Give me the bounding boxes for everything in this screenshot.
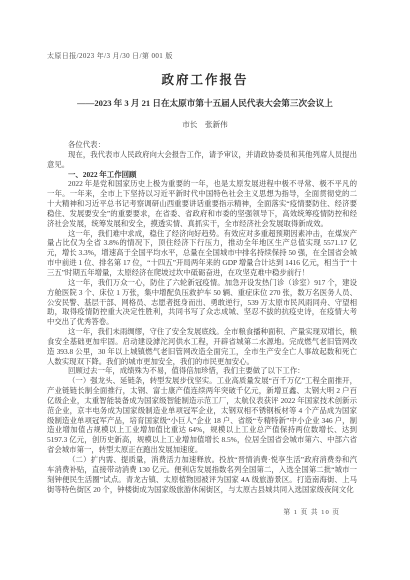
document-page: 太原日报/2023 年/3 月/30 日/第 001 版 政府工作报告 ——20… [0, 0, 410, 580]
paragraph-pandemic: 这一年，我们万众一心，防住了六轮新冠疫情。加急开设发热门诊（诊室）917 个，建… [47, 278, 357, 327]
paragraph-transition: 回顾过去一年，成绩殊为不易，值得倍加珍惜，我们主要做了以下工作： [47, 366, 357, 376]
paragraph-safety: 这一年，我们未雨绸缪，守住了安全发展底线。全市粮食播种面积、产量实现双增长，粮食… [47, 327, 357, 366]
page-number: 第 1 页 共 10 页 [283, 506, 340, 516]
paragraph-salutation: 各位代表： [47, 140, 357, 150]
paragraph-item-1-industry: （一）强龙头、延链条，转型发展步伐坚实。工业高质量发展“百千万亿”工程全面推开，… [47, 376, 357, 455]
author-line: 市长 张新伟 [0, 119, 410, 130]
section-heading-2022-review: 一、2022 年工作回顾 [47, 170, 357, 180]
publication-meta: 太原日报/2023 年/3 月/30 日/第 001 版 [47, 51, 173, 61]
report-subtitle: ——2023 年 3 月 21 日在太原市第十五届人民代表大会第三次会议上 [0, 97, 410, 109]
page-title: 政府工作报告 [0, 70, 410, 88]
paragraph-item-2-consumption: （二）扩内需、提质量，消费活力加速释放。投放“晋情消费·悦享生活”政府消费券和汽… [47, 455, 357, 494]
report-body: 各位代表： 现在，我代表市人民政府向大会报告工作，请予审议，并请政协委员和其他列… [47, 140, 357, 494]
paragraph-economy: 这一年，我们难中求成，稳住了经济向好趋势。有效应对多重超预期因素冲击，在煤炭产量… [47, 229, 357, 278]
paragraph-intro: 现在，我代表市人民政府向大会报告工作，请予审议，并请政协委员和其他列席人员提出意… [47, 150, 357, 170]
paragraph-overview: 2022 年是党和国家历史上极为重要的一年，也是太原发展进程中极不寻常、极不平凡… [47, 179, 357, 228]
